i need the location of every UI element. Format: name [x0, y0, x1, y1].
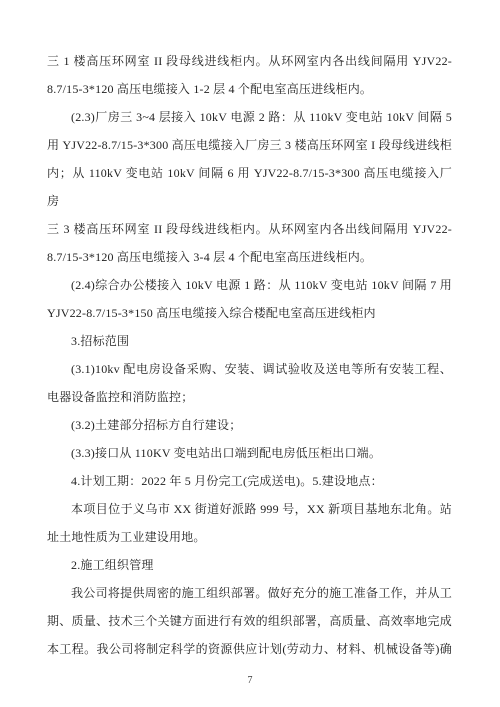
- page-number: 7: [0, 674, 500, 688]
- text-line: 8.7/15-3*120 高压电缆接入 3-4 层 4 个配电室高压进线柜内。: [47, 243, 452, 271]
- text-line: 期、质量、技术三个关键方面进行有效的组织部署，高质量、高效率地完成: [47, 607, 452, 635]
- text-line: (2.4)综合办公楼接入 10kV 电源 1 路：从 110kV 变电站 10k…: [47, 271, 452, 299]
- text-line: 内；从 110kV 变电站 10kV 间隔 6 用 YJV22-8.7/15-3…: [47, 159, 452, 215]
- section-heading: 3.招标范围: [47, 327, 452, 355]
- text-line: 本工程。我公司将制定科学的资源供应计划(劳动力、材料、机械设备等)确: [47, 635, 452, 663]
- text-line: (3.1)10kv 配电房设备采购、安装、调试验收及送电等所有安装工程、: [47, 355, 452, 383]
- text-line: (3.3)接口从 110KV 变电站出口端到配电房低压柜出口端。: [47, 439, 452, 467]
- text-line: 本项目位于义乌市 XX 街道好派路 999 号，XX 新项目基地东北角。站: [47, 495, 452, 523]
- section-heading: 2.施工组织管理: [47, 551, 452, 579]
- text-line: YJV22-8.7/15-3*150 高压电缆接入综合楼配电室高压进线柜内: [47, 299, 452, 327]
- text-line: (2.3)厂房三 3~4 层接入 10kV 电源 2 路：从 110kV 变电站…: [47, 103, 452, 131]
- text-line: 我公司将提供周密的施工组织部署。做好充分的施工准备工作，并从工: [47, 579, 452, 607]
- document-text-body: 三 1 楼高压环网室 II 段母线进线柜内。从环网室内各出线间隔用 YJV22-…: [47, 47, 452, 663]
- text-line: 三 3 楼高压环网室 II 段母线进线柜内。从环网室内各出线间隔用 YJV22-: [47, 215, 452, 243]
- text-line: 4.计划工期：2022 年 5 月份完工(完成送电)。5.建设地点：: [47, 467, 452, 495]
- text-line: (3.2)土建部分招标方自行建设；: [47, 411, 452, 439]
- text-line: 址土地性质为工业建设用地。: [47, 523, 452, 551]
- text-line: 三 1 楼高压环网室 II 段母线进线柜内。从环网室内各出线间隔用 YJV22-: [47, 47, 452, 75]
- document-page: 三 1 楼高压环网室 II 段母线进线柜内。从环网室内各出线间隔用 YJV22-…: [0, 0, 500, 707]
- text-line: 电器设备监控和消防监控；: [47, 383, 452, 411]
- text-line: 用 YJV22-8.7/15-3*300 高压电缆接入厂房三 3 楼高压环网室 …: [47, 131, 452, 159]
- text-line: 8.7/15-3*120 高压电缆接入 1-2 层 4 个配电室高压进线柜内。: [47, 75, 452, 103]
